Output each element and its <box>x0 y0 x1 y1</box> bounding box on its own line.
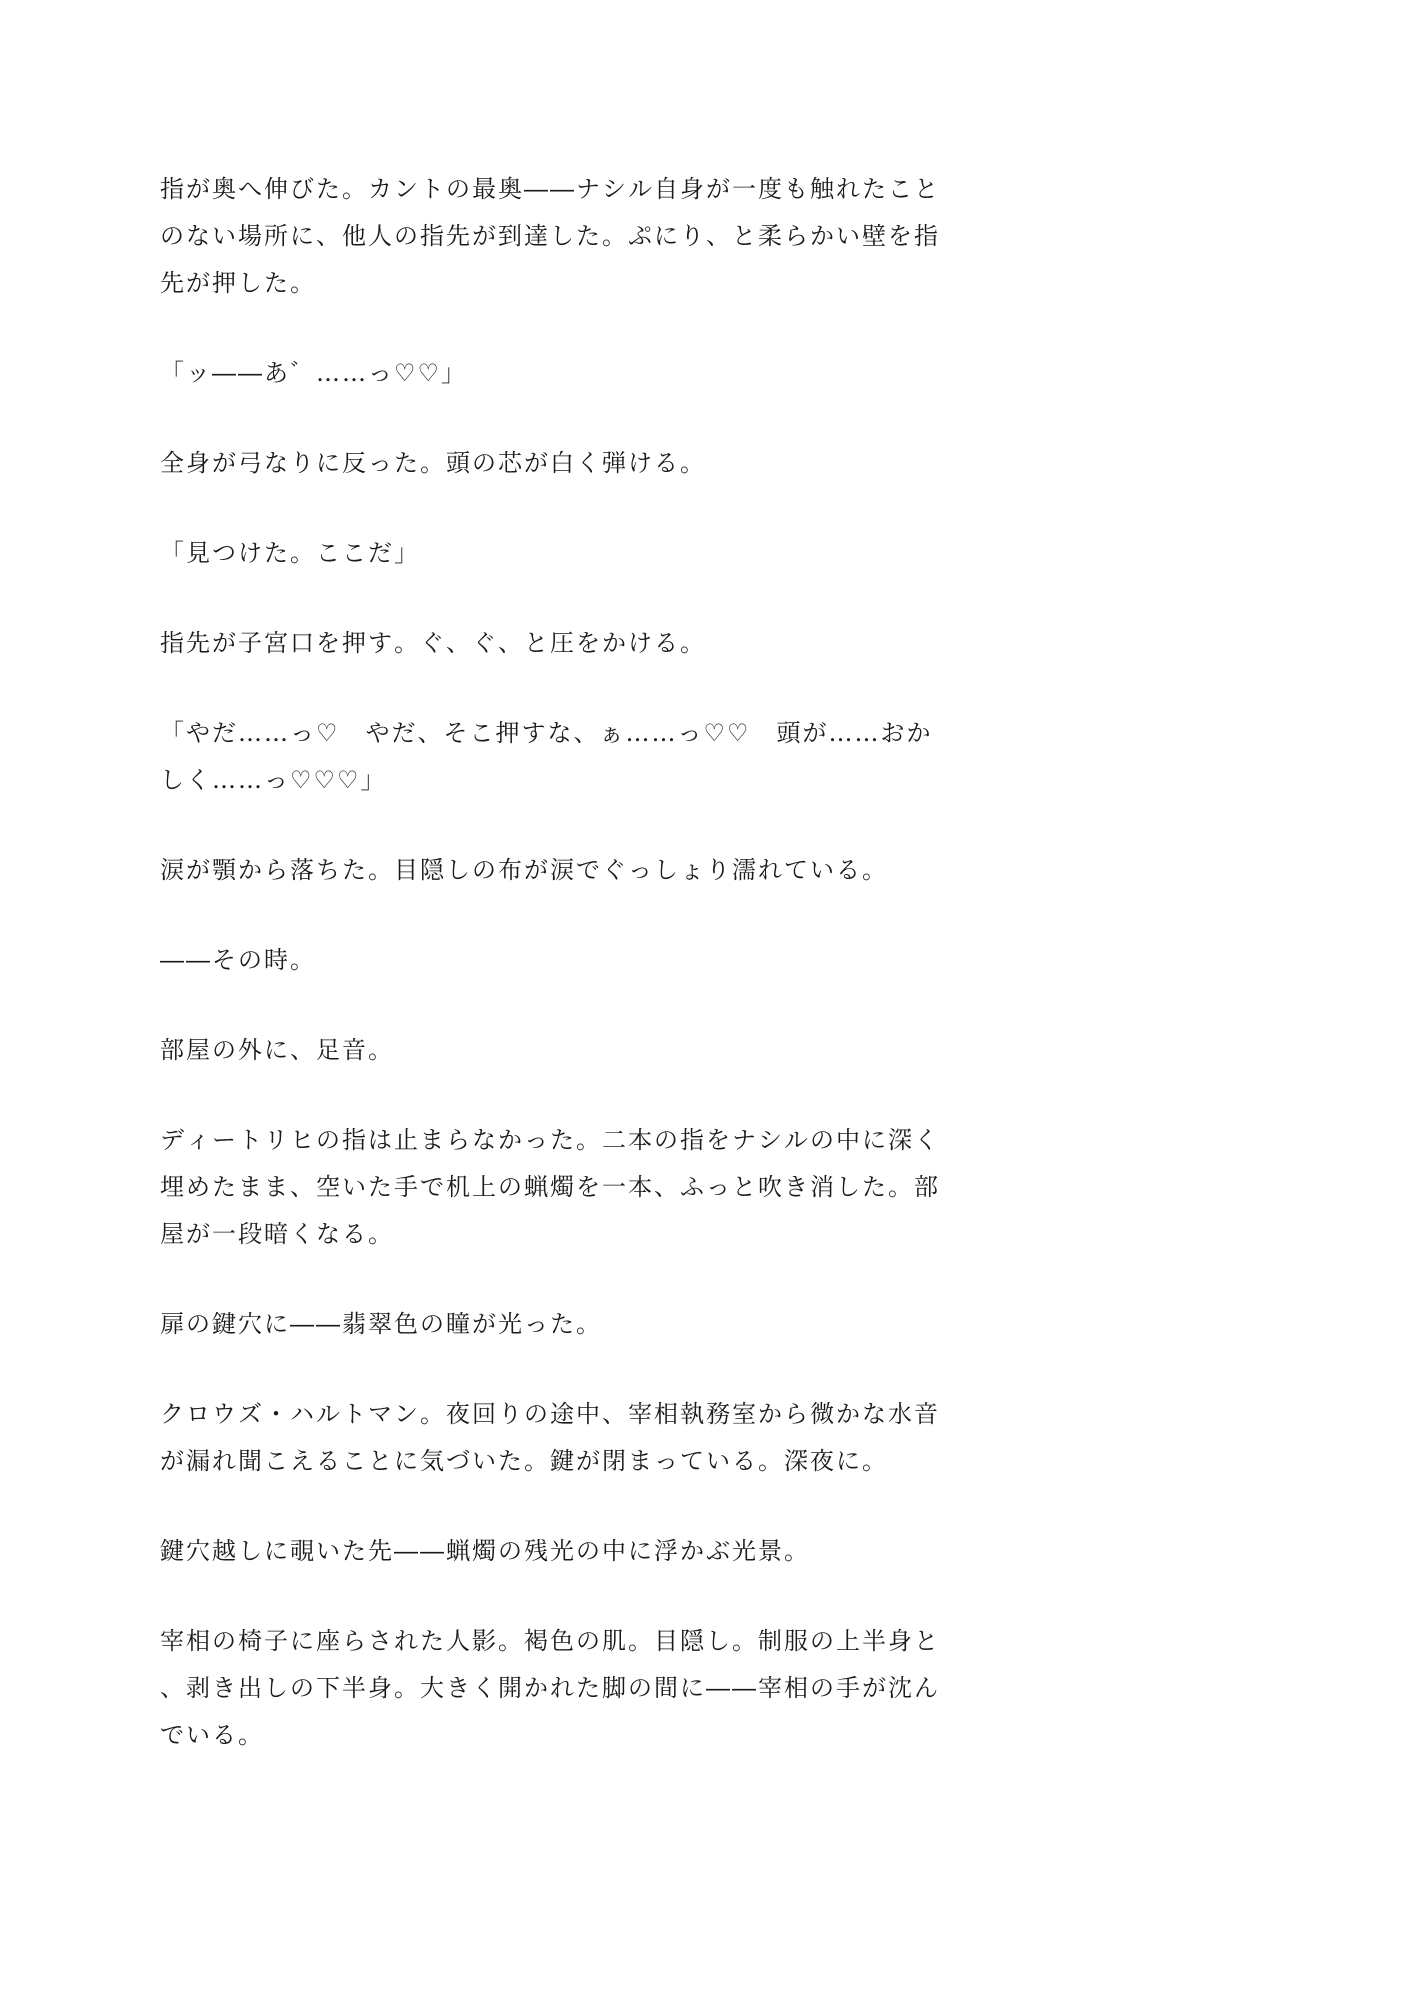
story-text-body: 指が奥へ伸びた。カントの最奥――ナシル自身が一度も触れたことのない場所に、他人の… <box>160 166 944 1759</box>
paragraph-3: 全身が弓なりに反った。頭の芯が白く弾ける。 <box>160 440 944 487</box>
paragraph-10: ディートリヒの指は止まらなかった。二本の指をナシルの中に深く埋めたまま、空いた手… <box>160 1117 944 1258</box>
paragraph-8: ――その時。 <box>160 937 944 984</box>
paragraph-12: クロウズ・ハルトマン。夜回りの途中、宰相執務室から微かな水音が漏れ聞こえることに… <box>160 1391 944 1485</box>
paragraph-7: 涙が顎から落ちた。目隠しの布が涙でぐっしょり濡れている。 <box>160 847 944 894</box>
page-background: { "page": { "background_color": "#ffffff… <box>0 0 1415 2000</box>
paragraph-11: 扉の鍵穴に――翡翠色の瞳が光った。 <box>160 1301 944 1348</box>
paragraph-9: 部屋の外に、足音。 <box>160 1027 944 1074</box>
paragraph-5: 指先が子宮口を押す。ぐ、ぐ、と圧をかける。 <box>160 620 944 667</box>
paragraph-4: 「見つけた。ここだ」 <box>160 530 944 577</box>
paragraph-14: 宰相の椅子に座らされた人影。褐色の肌。目隠し。制服の上半身と、剥き出しの下半身。… <box>160 1618 944 1759</box>
paragraph-6: 「やだ……っ♡ やだ、そこ押すな、ぁ……っ♡♡ 頭が……おかしく……っ♡♡♡」 <box>160 710 944 804</box>
paragraph-2: 「ッ――あ゛……っ♡♡」 <box>160 350 944 397</box>
paragraph-1: 指が奥へ伸びた。カントの最奥――ナシル自身が一度も触れたことのない場所に、他人の… <box>160 166 944 307</box>
document-page: 指が奥へ伸びた。カントの最奥――ナシル自身が一度も触れたことのない場所に、他人の… <box>0 0 1415 2000</box>
paragraph-13: 鍵穴越しに覗いた先――蝋燭の残光の中に浮かぶ光景。 <box>160 1528 944 1575</box>
